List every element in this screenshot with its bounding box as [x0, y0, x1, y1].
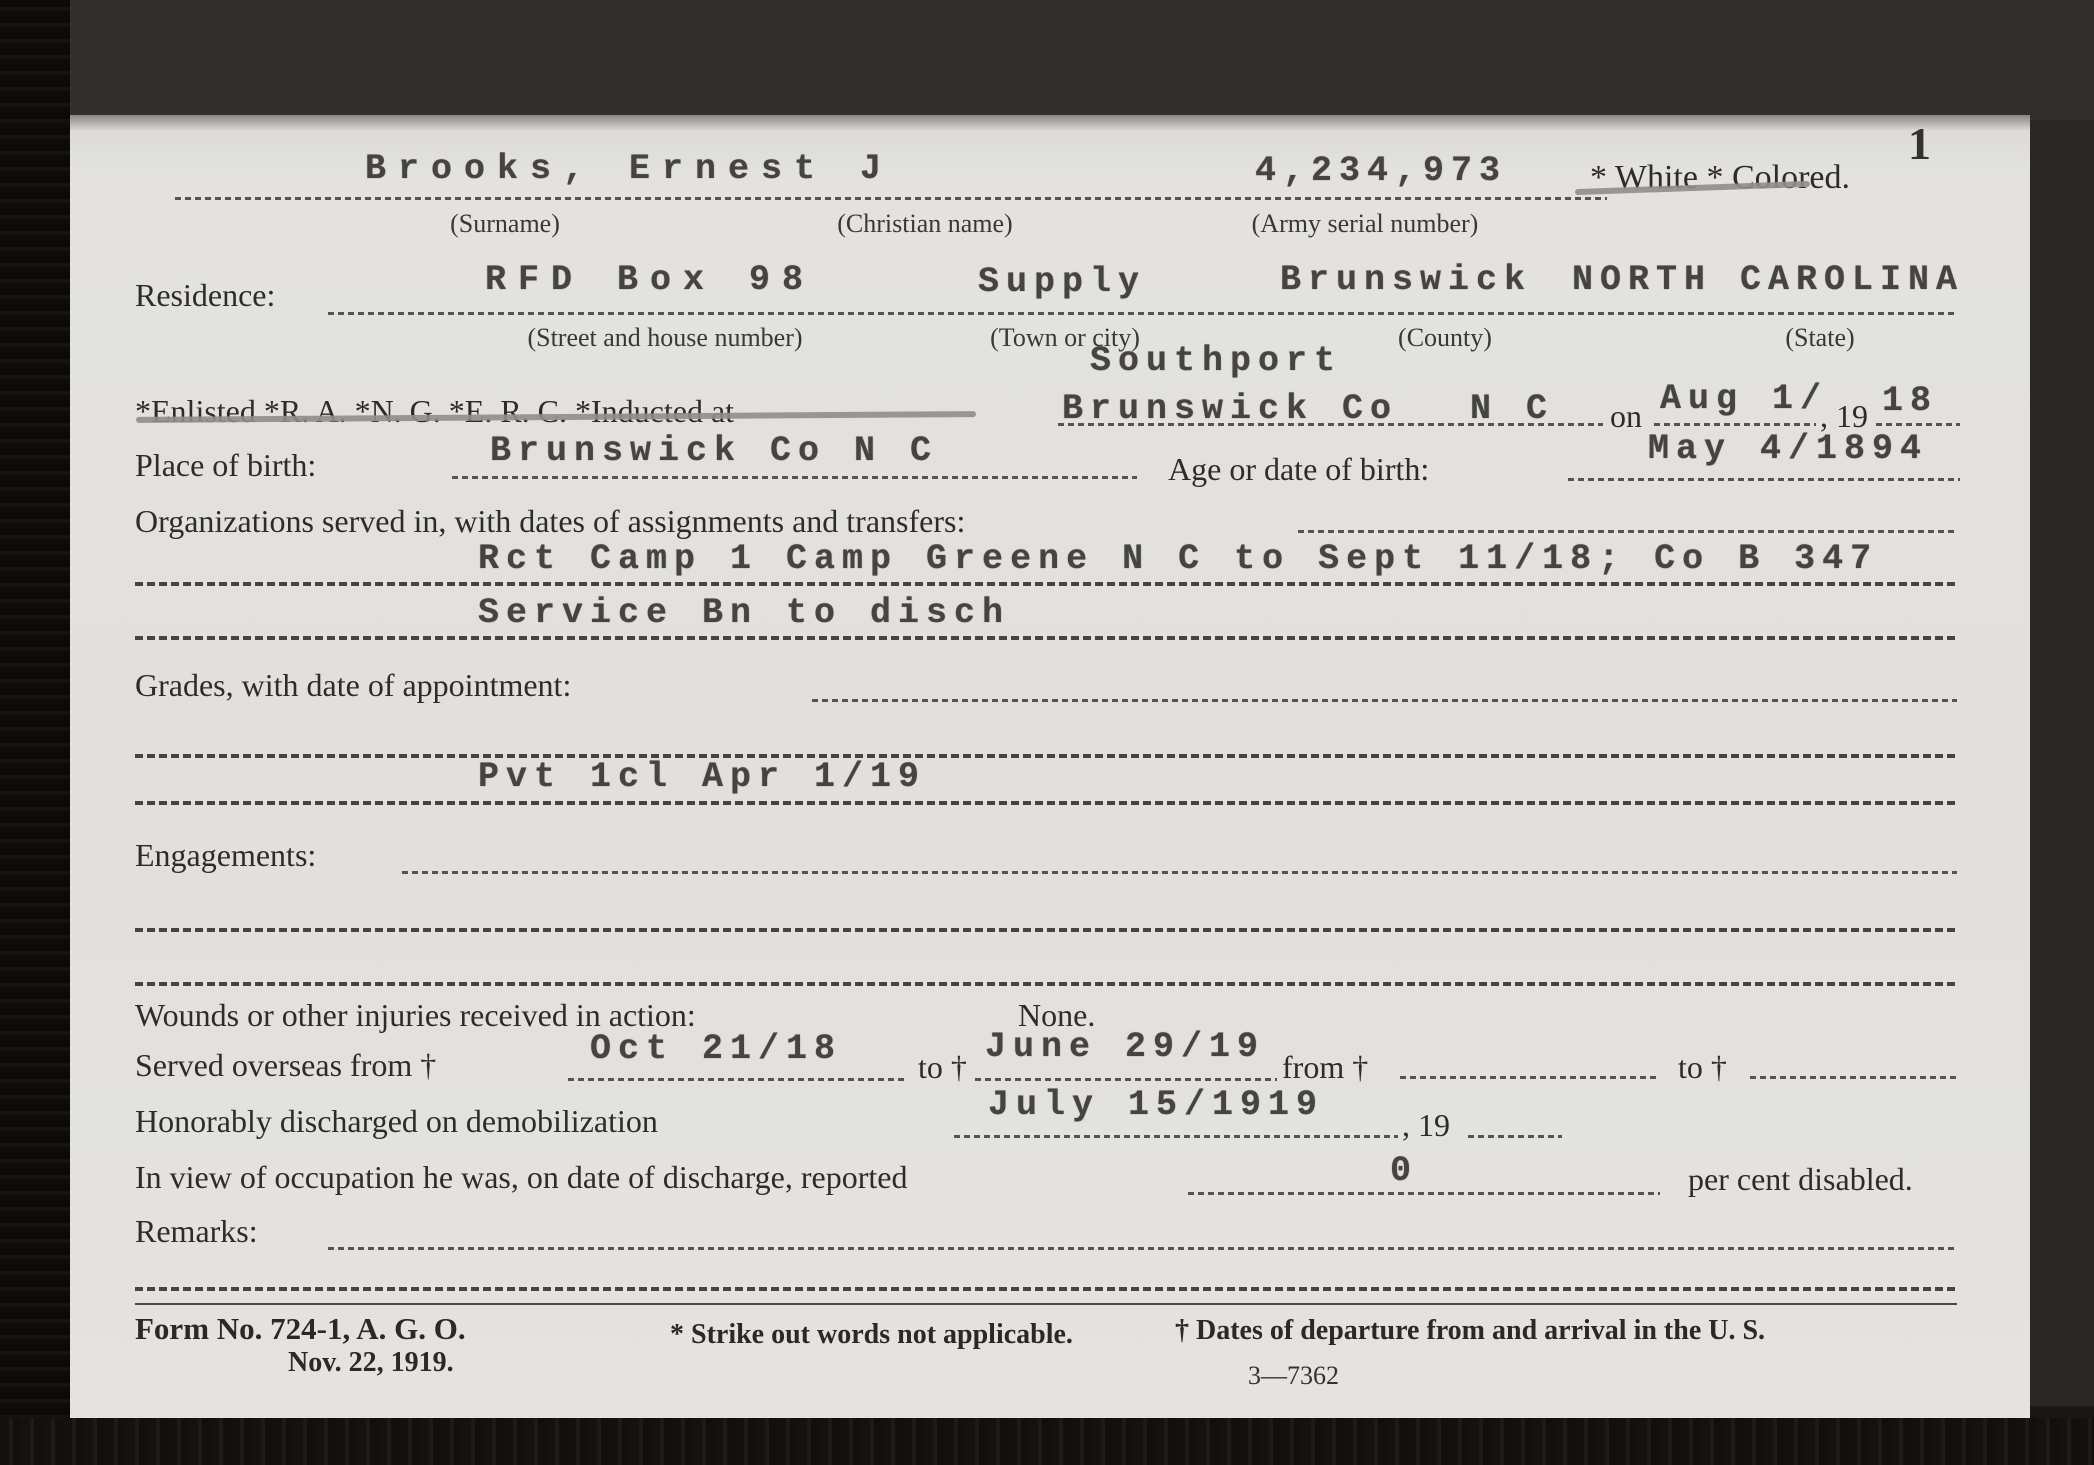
overseas-from2-label: from † — [1282, 1049, 1368, 1086]
christian-name-label: (Christian name) — [770, 209, 1080, 239]
dotted-line-overseas-from1 — [568, 1078, 906, 1081]
dotted-line-orgs-lead — [1298, 530, 1956, 533]
film-bottom-strip — [0, 1418, 2094, 1465]
engagements-label: Engagements: — [135, 837, 316, 874]
form-number: Form No. 724-1, A. G. O. — [135, 1311, 466, 1347]
dotted-line-overseas-to1 — [975, 1078, 1277, 1081]
disability-label: In view of occupation he was, on date of… — [135, 1159, 907, 1196]
dotted-line-inducted-at — [1058, 423, 1603, 426]
service-record-card: 1 Brooks, Ernest J 4,234,973 * White * C… — [70, 115, 2030, 1418]
organizations-line2: Service Bn to disch — [478, 593, 1010, 633]
place-of-birth-label: Place of birth: — [135, 447, 316, 484]
age-value: May 4/1894 — [1648, 429, 1928, 469]
dotted-line-age — [1568, 478, 1960, 481]
residence-label: Residence: — [135, 277, 275, 314]
disability-suffix-label: per cent disabled. — [1688, 1161, 1913, 1198]
dotted-line-birthplace — [452, 476, 1137, 479]
dotted-line-orgs1 — [135, 582, 1957, 586]
place-of-birth-value: Brunswick Co N C — [490, 431, 938, 471]
dotted-line-engagements-blank1 — [135, 928, 1957, 932]
age-label: Age or date of birth: — [1168, 451, 1429, 488]
induction-date-value: Aug 1/ — [1660, 379, 1828, 419]
overseas-to2-label: to † — [1678, 1049, 1727, 1086]
dotted-line-bottom — [135, 1287, 1957, 1291]
dotted-line-remarks — [328, 1247, 1958, 1250]
county-label: (County) — [1360, 323, 1530, 353]
scanned-page: 1 Brooks, Ernest J 4,234,973 * White * C… — [0, 0, 2094, 1465]
induction-year-value: 18 — [1882, 381, 1938, 421]
scan-smudge — [70, 115, 2030, 131]
film-edge-strip — [0, 0, 70, 1465]
serial-number-value: 4,234,973 — [1255, 151, 1507, 191]
form-date: Nov. 22, 1919. — [288, 1347, 454, 1379]
remarks-label: Remarks: — [135, 1213, 258, 1250]
dotted-line-discharge-year — [1468, 1135, 1562, 1138]
discharge-date-value: July 15/1919 — [988, 1085, 1324, 1125]
dotted-line-residence — [328, 312, 1958, 315]
dotted-line-engagements-blank2 — [135, 982, 1957, 986]
county-value: Brunswick — [1280, 260, 1532, 300]
race-colored-option: * Colored. — [1698, 159, 1850, 196]
dotted-line-grades-entry — [135, 801, 1957, 805]
overseas-to-label: to † — [918, 1049, 967, 1086]
discharge-label: Honorably discharged on demobilization — [135, 1103, 658, 1140]
enlisted-options-struck: *Enlisted *R. A. *N. G. *E. R. C. — [135, 393, 575, 429]
dotted-line-overseas-to2 — [1750, 1076, 1958, 1079]
dotted-line-name — [175, 197, 1607, 200]
strike-out-note: * Strike out words not applicable. — [670, 1319, 1073, 1351]
induction-place-above: Southport — [1090, 341, 1342, 381]
print-code: 3—7362 — [1248, 1361, 1339, 1391]
dotted-line-orgs2 — [135, 636, 1957, 640]
dotted-line-grades-lead — [812, 699, 1957, 702]
dotted-line-induction-date — [1654, 423, 1816, 426]
surname-label: (Surname) — [400, 209, 610, 239]
dotted-line-induction-year — [1876, 423, 1960, 426]
inducted-at-label: *Inducted at — [575, 393, 734, 429]
organizations-line1: Rct Camp 1 Camp Greene N C to Sept 11/18… — [478, 539, 1878, 579]
overseas-to1-value: June 29/19 — [985, 1027, 1265, 1067]
dotted-line-overseas-from2 — [1400, 1076, 1658, 1079]
dotted-line-discharge — [954, 1135, 1398, 1138]
organizations-label: Organizations served in, with dates of a… — [135, 503, 965, 540]
solid-rule-bottom — [135, 1303, 1957, 1305]
state-label: (State) — [1730, 323, 1910, 353]
grades-entry: Pvt 1cl Apr 1/19 — [478, 757, 926, 797]
grades-label: Grades, with date of appointment: — [135, 667, 571, 704]
overseas-from1-value: Oct 21/18 — [590, 1029, 842, 1069]
overseas-from-label: Served overseas from † — [135, 1047, 436, 1084]
dagger-note: † Dates of departure from and arrival in… — [1175, 1315, 1765, 1347]
dotted-line-engagements-lead — [402, 871, 1957, 874]
on-label: on — [1610, 398, 1642, 435]
name-value: Brooks, Ernest J — [365, 149, 893, 189]
dotted-line-disability — [1188, 1192, 1660, 1195]
page-number: 1 — [1908, 117, 1931, 170]
town-value: Supply — [978, 262, 1146, 302]
street-label: (Street and house number) — [500, 323, 830, 353]
serial-number-label: (Army serial number) — [1190, 209, 1540, 239]
street-value: RFD Box 98 — [485, 260, 815, 300]
disability-value: 0 — [1390, 1151, 1418, 1191]
state-value: NORTH CAROLINA — [1572, 260, 1964, 300]
discharge-year-label: , 19 — [1402, 1107, 1450, 1144]
dotted-line-grades-blank — [135, 754, 1957, 758]
